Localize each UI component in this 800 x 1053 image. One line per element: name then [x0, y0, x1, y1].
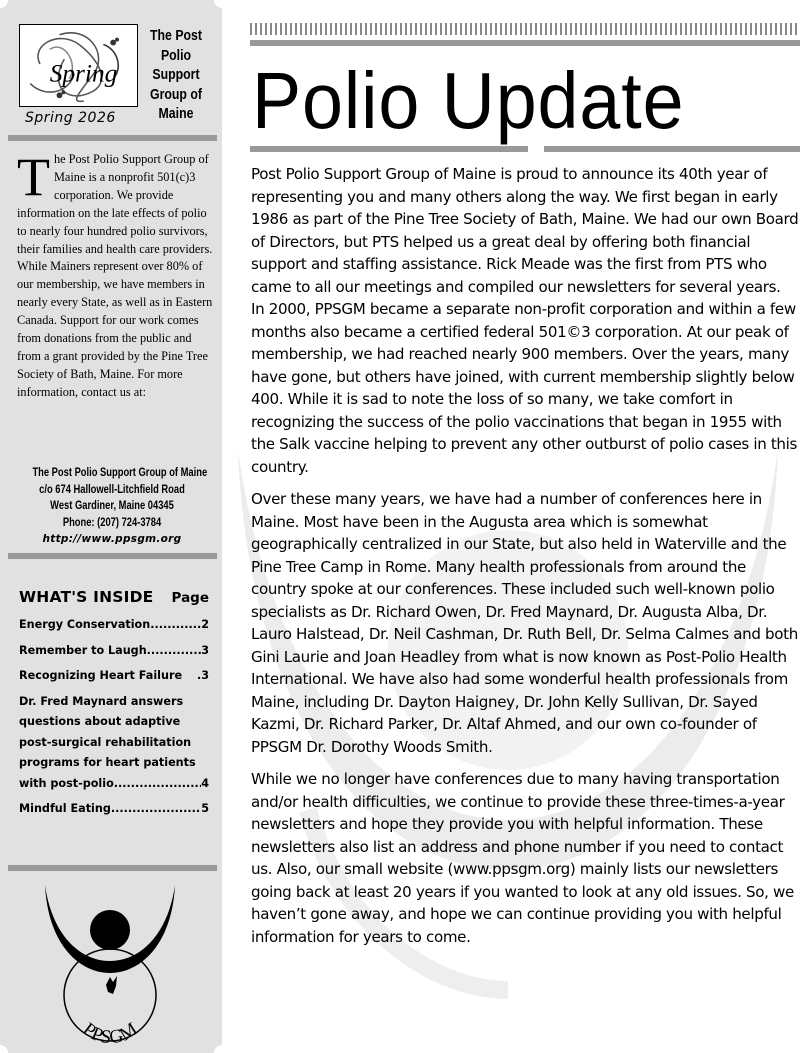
corner-notch [214, 1045, 230, 1053]
article-paragraph: While we no longer have conferences due … [251, 768, 800, 948]
title-underline [250, 146, 528, 152]
drop-cap: T [17, 155, 50, 199]
article-paragraph: Over these many years, we have had a num… [251, 488, 800, 758]
main-content: Polio Update Post Polio Support Group of… [248, 0, 800, 1053]
toc-page-label: Page [172, 590, 209, 606]
corner-notch [0, 0, 8, 8]
toc-title: WHAT'S INSIDE [19, 588, 153, 606]
svg-text:Spring: Spring [50, 60, 118, 88]
decorative-tick-border [250, 23, 800, 35]
toc-item[interactable]: Mindful Eating 5 [19, 799, 209, 820]
corner-notch [214, 0, 230, 8]
divider [250, 40, 800, 46]
toc-item[interactable]: Dr. Fred Maynard answers questions about… [19, 692, 209, 795]
contact-address: The Post Polio Support Group of Maine c/… [10, 464, 214, 548]
toc-item[interactable]: Energy Conservation2 [19, 615, 209, 636]
divider [8, 865, 217, 871]
masthead: Spring Spring 2026 The Post Polio Suppor… [19, 24, 209, 124]
toc-item[interactable]: Remember to Laugh3 [19, 641, 209, 662]
title-underline [544, 146, 800, 152]
website-link[interactable]: http://www.ppsgm.org [10, 531, 214, 548]
about-blurb: T he Post Polio Support Group of Maine i… [17, 151, 217, 402]
article-paragraph: Post Polio Support Group of Maine is pro… [251, 163, 800, 478]
org-name: The Post Polio Support Group of Maine [149, 26, 203, 124]
article-body: Post Polio Support Group of Maine is pro… [251, 163, 800, 958]
corner-notch [0, 1045, 8, 1053]
ppsgm-logo-icon: PPSGM [40, 885, 180, 1045]
toc-item[interactable]: Recognizing Heart Failure.3 [19, 666, 209, 687]
phone: Phone: (207) 724-3784 [32, 514, 191, 531]
whats-inside-toc: WHAT'S INSIDE Page Energy Conservation2 … [19, 588, 209, 825]
sidebar: Spring Spring 2026 The Post Polio Suppor… [0, 0, 222, 1053]
spring-swirl-artwork-icon: Spring [19, 24, 138, 107]
issue-caption: Spring 2026 [25, 110, 145, 126]
divider [8, 135, 217, 141]
divider [8, 553, 217, 559]
page-title: Polio Update [252, 52, 684, 150]
svg-text:PPSGM: PPSGM [79, 1019, 142, 1045]
